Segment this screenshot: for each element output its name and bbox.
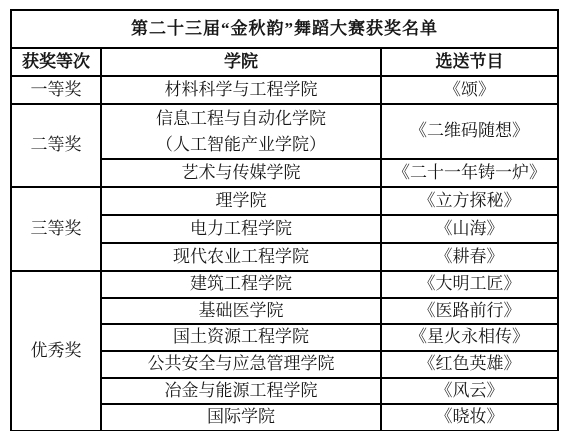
college-cell: 公共安全与应急管理学院 [101, 351, 381, 378]
program-cell: 《晓妆》 [381, 404, 558, 431]
program-cell: 《大明工匠》 [381, 271, 558, 298]
program-cell: 《山海》 [381, 215, 558, 243]
program-cell: 《二维码随想》 [381, 104, 558, 159]
college-cell: 理学院 [101, 187, 381, 215]
college-name-line: 信息工程与自动化学院 [104, 106, 378, 132]
college-cell: 艺术与传媒学院 [101, 159, 381, 187]
college-cell: 建筑工程学院 [101, 271, 381, 298]
page-background: 第二十三届“金秋韵”舞蹈大赛获奖名单 获奖等次 学院 选送节目 一等奖 材料科学… [0, 0, 566, 431]
program-cell: 《医路前行》 [381, 298, 558, 325]
award-level-cell-excellence-prize: 优秀奖 [11, 271, 101, 431]
column-header-award-level: 获奖等次 [11, 48, 101, 76]
award-level-cell-second-prize: 二等奖 [11, 104, 101, 187]
table-row: 三等奖 理学院 《立方探秘》 [11, 187, 558, 215]
column-header-program: 选送节目 [381, 48, 558, 76]
program-cell: 《二十一年铸一炉》 [381, 159, 558, 187]
table-row: 优秀奖 建筑工程学院 《大明工匠》 [11, 271, 558, 298]
program-cell: 《星火永相传》 [381, 324, 558, 351]
award-level-cell-third-prize: 三等奖 [11, 187, 101, 271]
college-note-line: （人工智能产业学院） [104, 132, 378, 158]
column-header-college: 学院 [101, 48, 381, 76]
program-cell: 《风云》 [381, 378, 558, 405]
awards-table: 第二十三届“金秋韵”舞蹈大赛获奖名单 获奖等次 学院 选送节目 一等奖 材料科学… [10, 9, 559, 431]
program-cell: 《红色英雄》 [381, 351, 558, 378]
college-cell: 信息工程与自动化学院 （人工智能产业学院） [101, 104, 381, 159]
table-row: 二等奖 信息工程与自动化学院 （人工智能产业学院） 《二维码随想》 [11, 104, 558, 159]
program-cell: 《立方探秘》 [381, 187, 558, 215]
program-cell: 《颂》 [381, 76, 558, 104]
college-cell: 国土资源工程学院 [101, 324, 381, 351]
college-cell: 冶金与能源工程学院 [101, 378, 381, 405]
college-cell: 国际学院 [101, 404, 381, 431]
college-cell: 基础医学院 [101, 298, 381, 325]
program-cell: 《耕春》 [381, 243, 558, 271]
table-row: 一等奖 材料科学与工程学院 《颂》 [11, 76, 558, 104]
table-title: 第二十三届“金秋韵”舞蹈大赛获奖名单 [11, 10, 558, 48]
award-level-cell-first-prize: 一等奖 [11, 76, 101, 104]
college-cell: 材料科学与工程学院 [101, 76, 381, 104]
college-cell: 现代农业工程学院 [101, 243, 381, 271]
college-cell: 电力工程学院 [101, 215, 381, 243]
